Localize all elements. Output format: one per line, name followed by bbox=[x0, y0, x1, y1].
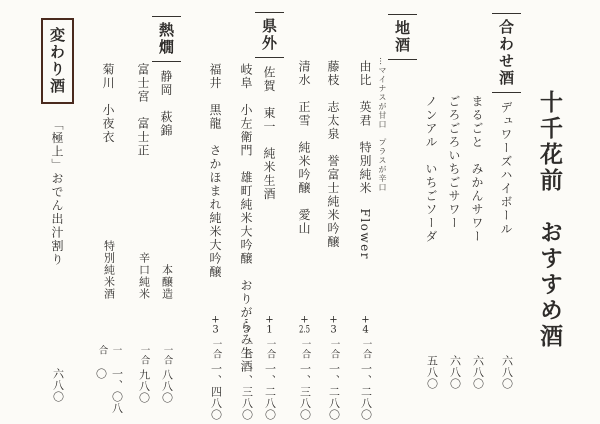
menu-item: 藤枝 志太泉 誉富士純米吟醸 +3 一合 一、二八〇 bbox=[325, 0, 342, 424]
menu-item: 由比 英君 特別純米 Flower +4 一合 一、二八〇 bbox=[357, 0, 374, 424]
sake-meter-sign: + bbox=[328, 315, 339, 325]
item-price: 一、二八〇 bbox=[358, 363, 374, 421]
price-block: 六八〇 bbox=[499, 355, 515, 390]
item-price: 一、四八〇 bbox=[208, 363, 224, 421]
item-price: 六八〇 bbox=[50, 368, 66, 403]
sake-meter-value: -3 bbox=[241, 315, 252, 335]
menu-item: 岐阜 小左衛門 雄町純米大吟醸 おりがらみ生酒 -3 一合 一、三八〇 bbox=[238, 0, 255, 424]
item-name: 「極上」おでん出汁割り bbox=[49, 118, 66, 267]
item-name: デュワーズハイボール bbox=[498, 101, 515, 236]
serving-unit: 一合 bbox=[298, 339, 312, 359]
sake-grade: 本醸造 bbox=[159, 264, 175, 300]
sake-meter-number: 2.5 bbox=[299, 325, 310, 335]
section-header-awase: 合わせ酒 bbox=[492, 13, 521, 93]
item-price: 六八〇 bbox=[499, 355, 515, 390]
menu-item: 合わせ酒 デュワーズハイボール 六八〇 bbox=[492, 0, 521, 424]
item-name: 菊川 小夜衣 bbox=[100, 63, 117, 144]
price-block: 一合 八八〇 bbox=[159, 345, 175, 404]
item-name: ノンアル いちごソーダ bbox=[423, 95, 440, 244]
item-price: 一、三八〇 bbox=[239, 363, 255, 421]
price-block: 一合 一、〇八〇 bbox=[93, 345, 125, 424]
item-price: 五八〇 bbox=[424, 355, 440, 390]
menu-page: 十千花前 おすすめ酒 合わせ酒 デュワーズハイボール 六八〇 まるごと みかんサ… bbox=[0, 0, 600, 424]
item-price: 六八〇 bbox=[470, 355, 486, 390]
sake-meter-number: 4 bbox=[360, 325, 371, 335]
item-name: 富士宮 富士正 bbox=[135, 63, 152, 158]
item-price: 一、三八〇 bbox=[297, 363, 313, 421]
item-price: 一、〇八〇 bbox=[93, 368, 125, 424]
section-awase: 合わせ酒 デュワーズハイボール 六八〇 まるごと みかんサワー 六八〇 ごろごろ… bbox=[423, 0, 521, 424]
sake-meter-note: …マイナスが甘口 プラスが辛口 bbox=[377, 0, 388, 424]
sake-meter-sign: + bbox=[264, 315, 275, 325]
serving-unit: 一合 bbox=[327, 339, 341, 359]
item-name: 藤枝 志太泉 誉富士純米吟醸 bbox=[325, 60, 342, 249]
section-header-kawari: 変わり酒 bbox=[41, 18, 74, 104]
item-price: 六八〇 bbox=[447, 355, 463, 390]
sake-meter-sign: + bbox=[360, 315, 371, 325]
serving-unit: 一合 bbox=[263, 339, 277, 359]
section-header-atsukan: 熱燗 bbox=[152, 16, 181, 62]
item-name: 佐賀 東一 純米生酒 bbox=[261, 66, 278, 201]
section-header-jizake: 地酒 bbox=[388, 14, 417, 60]
serving-unit: 一合 bbox=[95, 345, 123, 364]
item-name: 静岡 萩錦 bbox=[158, 70, 175, 138]
sake-meter-value: +1 bbox=[264, 315, 275, 335]
menu-item: ノンアル いちごソーダ 五八〇 bbox=[423, 0, 440, 424]
sake-meter-number: 3 bbox=[241, 325, 252, 335]
item-name: まるごと みかんサワー bbox=[469, 95, 486, 244]
price-block: +4 一合 一、二八〇 bbox=[358, 315, 374, 421]
menu-item: 福井 黒龍 さかほまれ純米大吟醸 +3 一合 一、四八〇 bbox=[207, 0, 224, 424]
sake-meter-sign: + bbox=[210, 315, 221, 325]
section-atsukan: 熱燗 静岡 萩錦 本醸造 一合 八八〇 富士宮 富士正 辛口純米 一合 九八〇 … bbox=[100, 0, 181, 424]
price-block: -3 一合 一、三八〇 bbox=[239, 315, 255, 421]
menu-item: 富士宮 富士正 辛口純米 一合 九八〇 bbox=[135, 0, 152, 424]
section-jizake: 地酒 …マイナスが甘口 プラスが辛口 由比 英君 特別純米 Flower +4 … bbox=[296, 0, 417, 424]
serving-unit: 一合 bbox=[160, 345, 174, 365]
price-block: 六八〇 bbox=[447, 355, 463, 390]
menu-item: 清水 正雪 純米吟醸 愛山 +2.5 一合 一、三八〇 bbox=[296, 0, 313, 424]
menu-item: 熱燗 静岡 萩錦 本醸造 一合 八八〇 bbox=[152, 0, 181, 424]
price-block: +2.5 一合 一、三八〇 bbox=[297, 315, 313, 421]
item-name: 由比 英君 特別純米 Flower bbox=[357, 60, 374, 260]
section-header-column: 地酒 bbox=[388, 0, 417, 424]
serving-unit: 一合 bbox=[209, 339, 223, 359]
sake-meter-number: 1 bbox=[264, 325, 275, 335]
section-kawari: 変わり酒 「極上」おでん出汁割り 六八〇 bbox=[41, 0, 74, 424]
menu-item: まるごと みかんサワー 六八〇 bbox=[469, 0, 486, 424]
price-block: +1 一合 一、二八〇 bbox=[262, 315, 278, 421]
item-name: 清水 正雪 純米吟醸 愛山 bbox=[296, 60, 313, 236]
price-block: 一合 九八〇 bbox=[136, 345, 152, 404]
serving-unit: 一合 bbox=[240, 339, 254, 359]
sake-meter-value: +3 bbox=[328, 315, 339, 335]
item-name: 福井 黒龍 さかほまれ純米大吟醸 bbox=[207, 63, 224, 279]
serving-unit: 一合 bbox=[359, 339, 373, 359]
item-price: 八八〇 bbox=[159, 369, 175, 404]
section-header-kengai: 県外 bbox=[255, 12, 284, 58]
sake-meter-number: 3 bbox=[328, 325, 339, 335]
price-block: 六八〇 bbox=[50, 368, 66, 403]
menu-item: 菊川 小夜衣 特別純米酒 一合 一、〇八〇 bbox=[100, 0, 117, 424]
serving-unit: 一合 bbox=[137, 345, 151, 365]
sake-grade: 特別純米酒 bbox=[101, 240, 117, 300]
sake-meter-value: +3 bbox=[210, 315, 221, 335]
sake-meter-value: +2.5 bbox=[299, 315, 310, 335]
item-price: 九八〇 bbox=[136, 369, 152, 404]
price-block: +3 一合 一、四八〇 bbox=[208, 315, 224, 421]
section-kengai: 県外 佐賀 東一 純米生酒 +1 一合 一、二八〇 岐阜 小左衛門 雄町純米大吟… bbox=[207, 0, 284, 424]
menu-item: ごろごろいちごサワー 六八〇 bbox=[446, 0, 463, 424]
item-name: ごろごろいちごサワー bbox=[446, 95, 463, 230]
sake-meter-value: +4 bbox=[360, 315, 371, 335]
menu-title: 十千花前 おすすめ酒 bbox=[533, 0, 566, 424]
menu-item: 県外 佐賀 東一 純米生酒 +1 一合 一、二八〇 bbox=[255, 0, 284, 424]
sake-meter-number: 3 bbox=[210, 325, 221, 335]
price-block: 五八〇 bbox=[424, 355, 440, 390]
item-price: 一、二八〇 bbox=[262, 363, 278, 421]
sake-meter-sign: - bbox=[241, 315, 252, 325]
item-price: 一、二八〇 bbox=[326, 363, 342, 421]
price-block: +3 一合 一、二八〇 bbox=[326, 315, 342, 421]
sake-meter-sign: + bbox=[299, 315, 310, 325]
price-block: 六八〇 bbox=[470, 355, 486, 390]
sake-grade: 辛口純米 bbox=[136, 252, 152, 300]
menu-item: 変わり酒 「極上」おでん出汁割り 六八〇 bbox=[41, 0, 74, 424]
